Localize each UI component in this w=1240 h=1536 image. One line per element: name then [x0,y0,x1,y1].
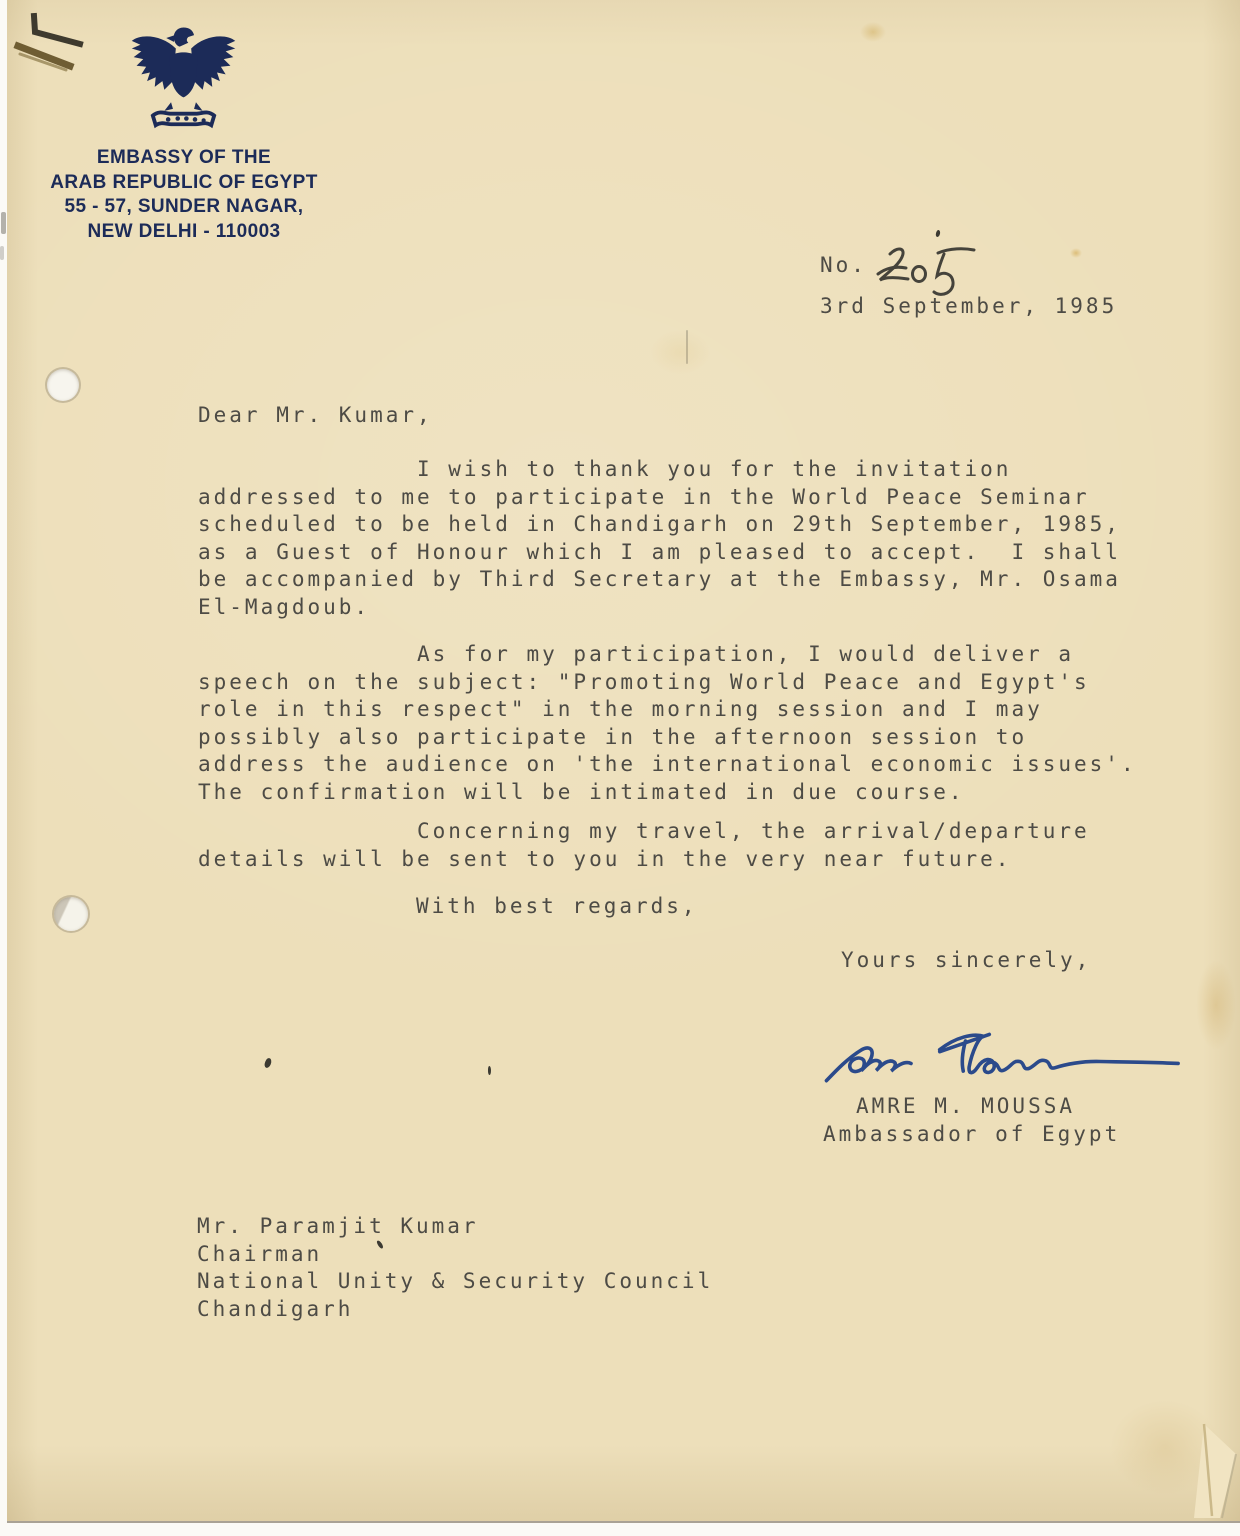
salutation: Dear Mr. Kumar, [198,402,433,430]
signatory-name: AMRE M. MOUSSA [856,1093,1075,1121]
body-paragraph-2: As for my participation, I would deliver… [198,641,1137,806]
recipient-address: Mr. Paramjit Kumar Chairman National Uni… [197,1213,713,1323]
letterhead-line: 55 - 57, SUNDER NAGAR, [36,195,332,220]
staple-marks-icon [8,6,108,106]
egypt-eagle-emblem-icon [126,24,241,144]
ref-number-label: No. [820,252,867,280]
scratch-mark [686,330,688,364]
scanned-letter-page: EMBASSY OF THE ARAB REPUBLIC OF EGYPT 55… [0,0,1240,1536]
body-paragraph-3: Concerning my travel, the arrival/depart… [198,818,1090,873]
letterhead-line: NEW DELHI - 110003 [36,220,332,245]
letterhead: EMBASSY OF THE ARAB REPUBLIC OF EGYPT 55… [36,146,332,244]
scan-edge-mark [1,212,6,234]
punch-hole [54,897,88,931]
valediction: Yours sincerely, [841,947,1091,975]
body-paragraph-1: I wish to thank you for the invitation a… [198,456,1121,621]
letterhead-line: EMBASSY OF THE [36,146,332,171]
regards-line: With best regards, [416,893,698,921]
ink-speck [488,1066,491,1075]
punch-hole [47,369,79,401]
letterhead-line: ARAB REPUBLIC OF EGYPT [36,171,332,196]
letter-date: 3rd September, 1985 [820,293,1117,321]
signatory-title: Ambassador of Egypt [823,1121,1120,1149]
scan-edge-mark [0,246,4,260]
